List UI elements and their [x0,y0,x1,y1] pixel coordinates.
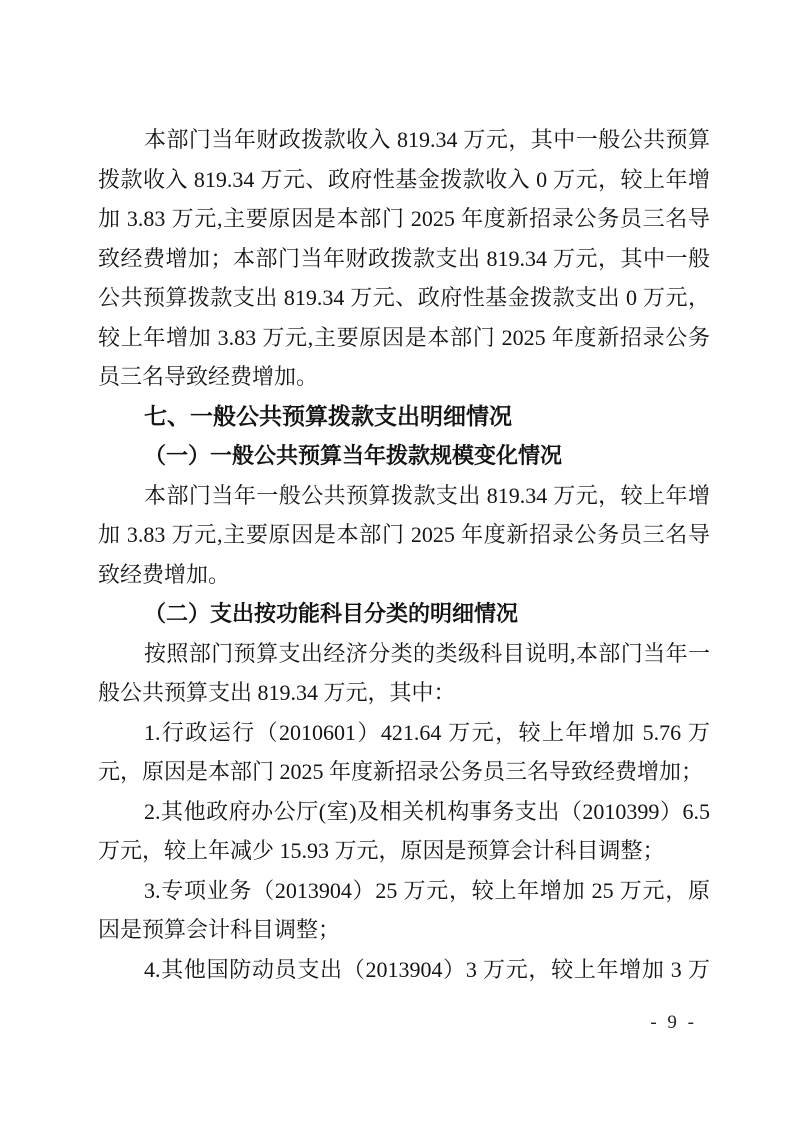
body-line: 般公共预算支出 819.34 万元，其中： [98,673,710,713]
body-line: 本部门当年一般公共预算拨款支出 819.34 万元，较上年增 [98,476,710,516]
body-line: 拨款收入 819.34 万元、政府性基金拨款收入 0 万元，较上年增 [98,160,710,200]
list-item-line: 因是预算会计科目调整； [98,910,710,950]
list-item-line: 4.其他国防动员支出（2013904）3 万元，较上年增加 3 万 [98,950,710,990]
body-line: 较上年增加 3.83 万元,主要原因是本部门 2025 年度新招录公务 [98,318,710,358]
list-item-line: 1.行政运行（2010601）421.64 万元，较上年增加 5.76 万 [98,713,710,753]
list-item-line: 3.专项业务（2013904）25 万元，较上年增加 25 万元，原 [98,871,710,911]
body-line: 致经费增加。 [98,555,710,595]
body-line: 加 3.83 万元,主要原因是本部门 2025 年度新招录公务员三名导 [98,199,710,239]
body-line: 员三名导致经费增加。 [98,357,710,397]
body-line: 致经费增加；本部门当年财政拨款支出 819.34 万元，其中一般 [98,239,710,279]
subsection-heading: （一）一般公共预算当年拨款规模变化情况 [98,436,710,476]
document-page: 本部门当年财政拨款收入 819.34 万元，其中一般公共预算 拨款收入 819.… [0,0,793,1122]
subsection-heading: （二）支出按功能科目分类的明细情况 [98,594,710,634]
list-item-line: 元，原因是本部门 2025 年度新招录公务员三名导致经费增加； [98,752,710,792]
body-line: 加 3.83 万元,主要原因是本部门 2025 年度新招录公务员三名导 [98,515,710,555]
page-number: - 9 - [650,1012,697,1034]
section-heading: 七、一般公共预算拨款支出明细情况 [98,397,710,437]
list-item-line: 2.其他政府办公厅(室)及相关机构事务支出（2010399）6.5 [98,792,710,832]
list-item-line: 万元，较上年减少 15.93 万元，原因是预算会计科目调整； [98,831,710,871]
body-line: 公共预算拨款支出 819.34 万元、政府性基金拨款支出 0 万元， [98,278,710,318]
body-line: 本部门当年财政拨款收入 819.34 万元，其中一般公共预算 [98,120,710,160]
document-content: 本部门当年财政拨款收入 819.34 万元，其中一般公共预算 拨款收入 819.… [98,120,710,989]
body-line: 按照部门预算支出经济分类的类级科目说明,本部门当年一 [98,634,710,674]
